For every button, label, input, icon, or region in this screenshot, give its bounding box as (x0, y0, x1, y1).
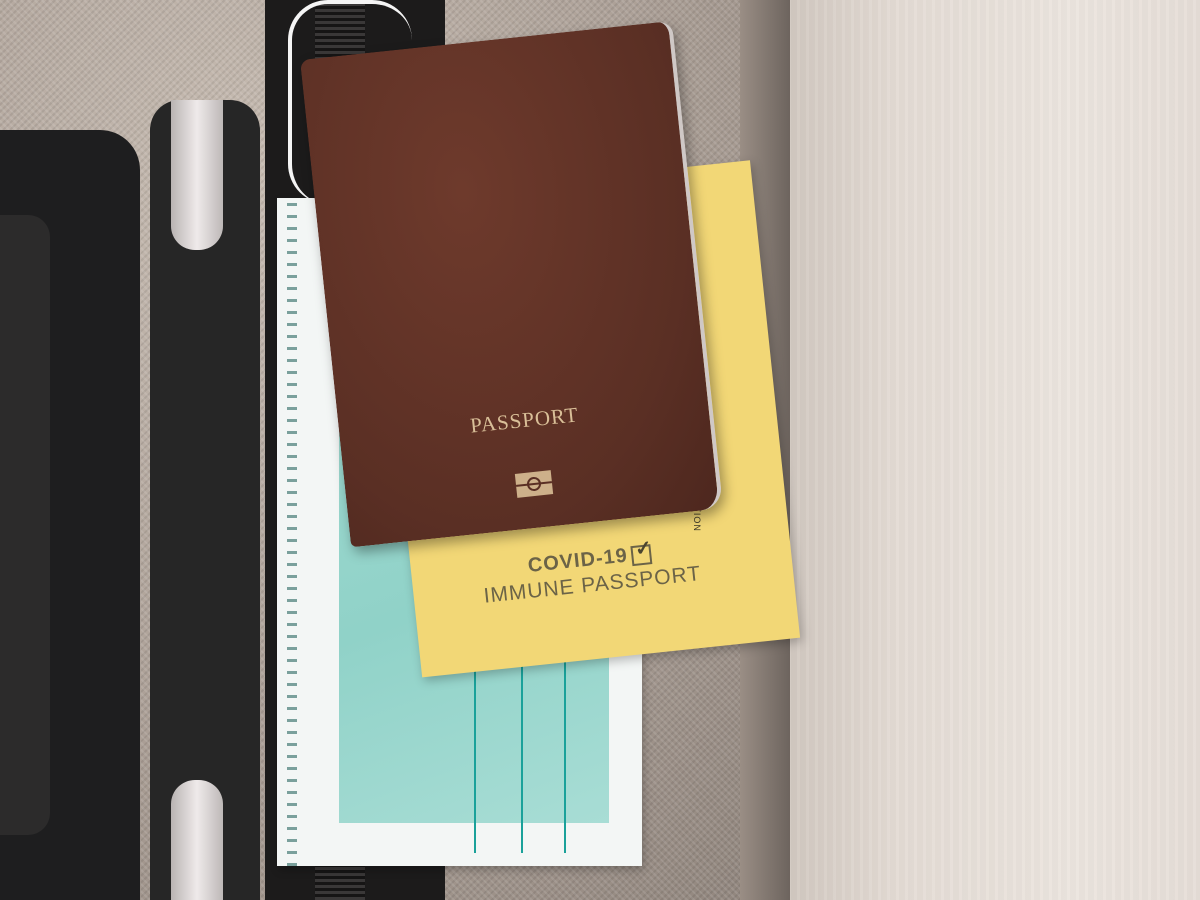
side-handle-grip (0, 215, 50, 835)
mask-edge-pattern (287, 198, 297, 866)
passport-booklet (300, 21, 723, 547)
handle-slot-top (171, 100, 223, 250)
handle-slot-bottom (171, 780, 223, 900)
checkbox-checked-icon: ✓ (631, 544, 653, 566)
wooden-floor (770, 0, 1200, 900)
biometric-chip-icon (515, 470, 553, 498)
check-mark-icon: ✓ (634, 537, 654, 559)
